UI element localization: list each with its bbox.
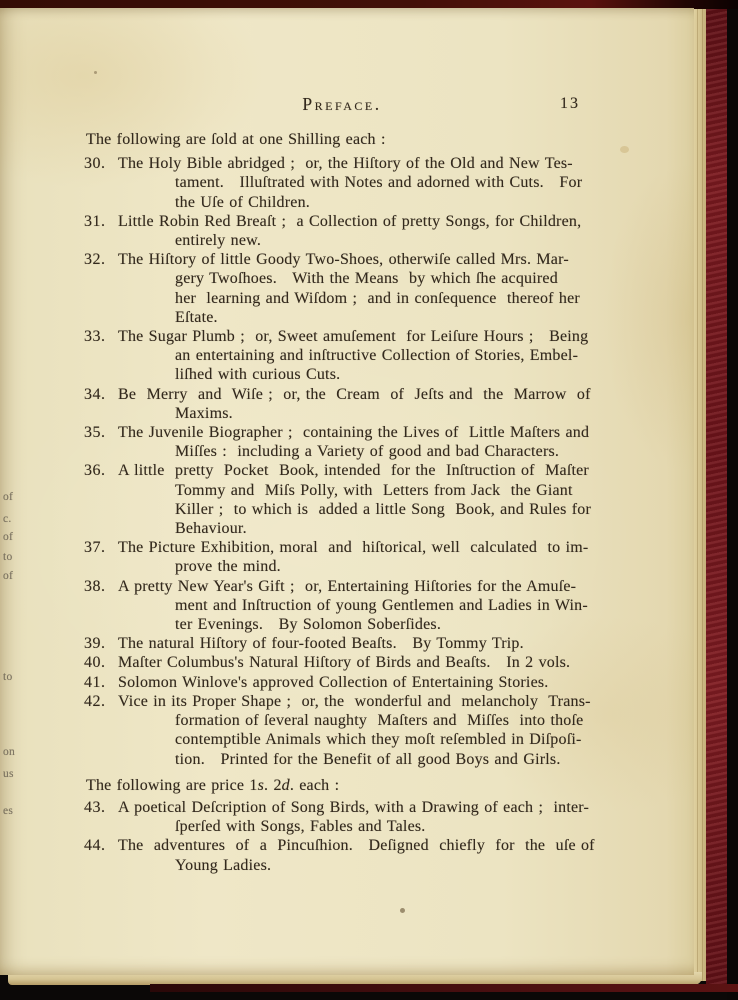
item-line: her learning and Wiſdom ; and in conſequ… bbox=[118, 289, 646, 308]
gutter-text-fragment: on bbox=[3, 746, 15, 758]
gutter-text-fragment: to bbox=[3, 551, 13, 563]
item-text: A poetical Deſcription of Song Birds, wi… bbox=[118, 798, 646, 836]
item-line: ment and Inſtruction of young Gentlemen … bbox=[118, 596, 646, 615]
item-text: The natural Hiſtory of four-footed Beaſt… bbox=[118, 634, 646, 653]
item-line: A poetical Deſcription of Song Birds, wi… bbox=[118, 798, 646, 817]
item-line: Little Robin Red Breaſt ; a Collection o… bbox=[118, 212, 646, 231]
item-line: tion. Printed for the Benefit of all goo… bbox=[118, 750, 646, 769]
text-block: Preface. 13 The following are ſold at on… bbox=[84, 94, 646, 875]
scanned-book-page: ofc.oftooftoonuses Preface. 13 The follo… bbox=[0, 0, 738, 1000]
heading-text: . 2 bbox=[264, 777, 282, 794]
gutter-text-fragment: us bbox=[3, 768, 14, 780]
item-line: The adventures of a Pincuſhion. Deſigned… bbox=[118, 836, 646, 855]
item-number: 31. bbox=[84, 212, 118, 250]
list-item: 35.The Juvenile Biographer ; containing … bbox=[84, 423, 646, 461]
list-item: 41.Solomon Winlove's approved Collection… bbox=[84, 673, 646, 692]
list-item: 32.The Hiſtory of little Goody Two-Shoes… bbox=[84, 250, 646, 327]
item-text: Be Merry and Wiſe ; or, the Cream of Jeſ… bbox=[118, 385, 646, 423]
item-line: the Uſe of Children. bbox=[118, 193, 646, 212]
gutter-text-fragment: c. bbox=[3, 513, 12, 525]
item-line: gery Twoſhoes. With the Means by which ſ… bbox=[118, 269, 646, 288]
item-text: The Holy Bible abridged ; or, the Hiſtor… bbox=[118, 154, 646, 212]
item-text: The Juvenile Biographer ; containing the… bbox=[118, 423, 646, 461]
item-line: Young Ladies. bbox=[118, 856, 646, 875]
item-line: Vice in its Proper Shape ; or, the wonde… bbox=[118, 692, 646, 711]
heading-text: . each : bbox=[290, 777, 339, 794]
item-text: The adventures of a Pincuſhion. Deſigned… bbox=[118, 836, 646, 874]
list-item: 36.A little pretty Pocket Book, intended… bbox=[84, 461, 646, 538]
item-line: A little pretty Pocket Book, intended fo… bbox=[118, 461, 646, 480]
item-line: an entertaining and inſtructive Collecti… bbox=[118, 346, 646, 365]
item-line: contemptible Animals which they moſt reſ… bbox=[118, 730, 646, 749]
list-item: 40.Maſter Columbus's Natural Hiſtory of … bbox=[84, 653, 646, 672]
item-line: A pretty New Year's Gift ; or, Entertain… bbox=[118, 577, 646, 596]
item-line: Be Merry and Wiſe ; or, the Cream of Jeſ… bbox=[118, 385, 646, 404]
item-line: ſperſed with Songs, Fables and Tales. bbox=[118, 817, 646, 836]
item-line: Eſtate. bbox=[118, 308, 646, 327]
item-number: 30. bbox=[84, 154, 118, 212]
list-item: 37.The Picture Exhibition, moral and hiſ… bbox=[84, 538, 646, 576]
item-number: 34. bbox=[84, 385, 118, 423]
item-line: prove the mind. bbox=[118, 557, 646, 576]
list-item: 42.Vice in its Proper Shape ; or, the wo… bbox=[84, 692, 646, 769]
item-line: Tommy and Miſs Polly, with Letters from … bbox=[118, 481, 646, 500]
heading-italic-d: d bbox=[282, 777, 290, 794]
page-header: Preface. 13 bbox=[84, 94, 646, 116]
item-line: The natural Hiſtory of four-footed Beaſt… bbox=[118, 634, 646, 653]
list-item: 44.The adventures of a Pincuſhion. Deſig… bbox=[84, 836, 646, 874]
item-line: formation of ſeveral naughty Maſters and… bbox=[118, 711, 646, 730]
item-text: Vice in its Proper Shape ; or, the wonde… bbox=[118, 692, 646, 769]
item-number: 41. bbox=[84, 673, 118, 692]
item-number: 39. bbox=[84, 634, 118, 653]
list-item: 38.A pretty New Year's Gift ; or, Entert… bbox=[84, 577, 646, 635]
gutter-text-fragment: es bbox=[3, 805, 13, 817]
item-text: The Sugar Plumb ; or, Sweet amuſement fo… bbox=[118, 327, 646, 385]
item-list-shilling: 30.The Holy Bible abridged ; or, the Hiſ… bbox=[84, 154, 646, 769]
item-number: 44. bbox=[84, 836, 118, 874]
item-line: liſhed with curious Cuts. bbox=[118, 365, 646, 384]
section-heading-price: The following are price 1s. 2d. each : bbox=[86, 776, 646, 795]
list-item: 33.The Sugar Plumb ; or, Sweet amuſement… bbox=[84, 327, 646, 385]
item-line: Maxims. bbox=[118, 404, 646, 423]
page-paper: ofc.oftooftoonuses Preface. 13 The follo… bbox=[0, 8, 694, 975]
item-line: ter Evenings. By Solomon Soberſides. bbox=[118, 615, 646, 634]
item-text: Solomon Winlove's approved Collection of… bbox=[118, 673, 646, 692]
item-line: The Sugar Plumb ; or, Sweet amuſement fo… bbox=[118, 327, 646, 346]
item-line: Miſſes : including a Variety of good and… bbox=[118, 442, 646, 461]
item-line: The Juvenile Biographer ; containing the… bbox=[118, 423, 646, 442]
gutter-text-fragment: of bbox=[3, 491, 13, 503]
item-text: Maſter Columbus's Natural Hiſtory of Bir… bbox=[118, 653, 646, 672]
item-number: 40. bbox=[84, 653, 118, 672]
running-title: Preface. bbox=[84, 94, 600, 115]
item-number: 35. bbox=[84, 423, 118, 461]
list-item: 31.Little Robin Red Breaſt ; a Collectio… bbox=[84, 212, 646, 250]
item-line: Solomon Winlove's approved Collection of… bbox=[118, 673, 646, 692]
item-line: Maſter Columbus's Natural Hiſtory of Bir… bbox=[118, 653, 646, 672]
item-text: A pretty New Year's Gift ; or, Entertain… bbox=[118, 577, 646, 635]
item-text: Little Robin Red Breaſt ; a Collection o… bbox=[118, 212, 646, 250]
gutter-text-fragment: of bbox=[3, 531, 13, 543]
section-heading-shilling: The following are ſold at one Shilling e… bbox=[86, 130, 646, 149]
item-number: 36. bbox=[84, 461, 118, 538]
item-text: The Hiſtory of little Goody Two-Shoes, o… bbox=[118, 250, 646, 327]
item-line: Behaviour. bbox=[118, 519, 646, 538]
book-bottom-edge bbox=[150, 984, 738, 992]
item-number: 43. bbox=[84, 798, 118, 836]
item-text: The Picture Exhibition, moral and hiſtor… bbox=[118, 538, 646, 576]
item-list-price: 43.A poetical Deſcription of Song Birds,… bbox=[84, 798, 646, 875]
item-line: The Picture Exhibition, moral and hiſtor… bbox=[118, 538, 646, 557]
item-number: 37. bbox=[84, 538, 118, 576]
item-line: The Hiſtory of little Goody Two-Shoes, o… bbox=[118, 250, 646, 269]
foxing-speck bbox=[400, 908, 405, 913]
item-number: 38. bbox=[84, 577, 118, 635]
list-item: 43.A poetical Deſcription of Song Birds,… bbox=[84, 798, 646, 836]
page-number: 13 bbox=[560, 95, 580, 113]
item-line: The Holy Bible abridged ; or, the Hiſtor… bbox=[118, 154, 646, 173]
item-line: entirely new. bbox=[118, 231, 646, 250]
item-text: A little pretty Pocket Book, intended fo… bbox=[118, 461, 646, 538]
item-number: 42. bbox=[84, 692, 118, 769]
gutter-text-fragment: to bbox=[3, 671, 13, 683]
item-number: 32. bbox=[84, 250, 118, 327]
list-item: 39.The natural Hiſtory of four-footed Be… bbox=[84, 634, 646, 653]
heading-text: The following are price 1 bbox=[86, 777, 258, 794]
item-line: tament. Illuſtrated with Notes and adorn… bbox=[118, 173, 646, 192]
list-item: 30.The Holy Bible abridged ; or, the Hiſ… bbox=[84, 154, 646, 212]
foxing-speck bbox=[94, 71, 97, 74]
scan-background-right bbox=[727, 0, 738, 1000]
list-item: 34.Be Merry and Wiſe ; or, the Cream of … bbox=[84, 385, 646, 423]
item-line: Killer ; to which is added a little Song… bbox=[118, 500, 646, 519]
item-number: 33. bbox=[84, 327, 118, 385]
gutter-text-fragment: of bbox=[3, 570, 13, 582]
